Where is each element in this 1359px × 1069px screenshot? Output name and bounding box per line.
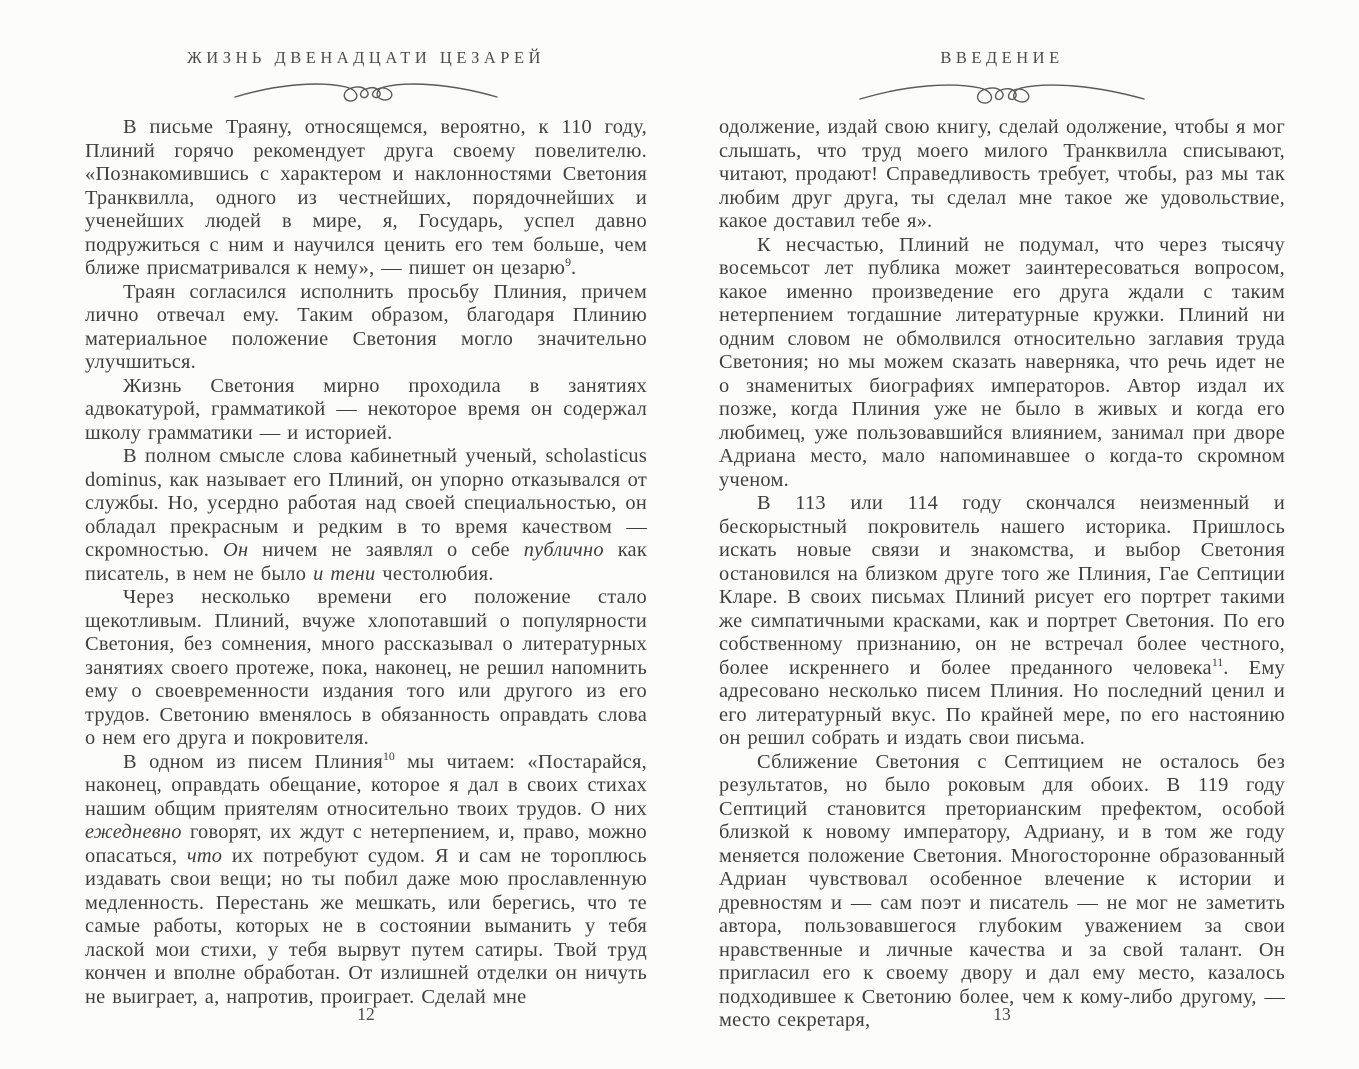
paragraph: К несчастью, Плиний не подумал, что чере… [719, 234, 1285, 493]
page-body: одолжение, издай свою книгу, сделай одол… [719, 116, 1285, 1033]
page-body: В письме Траяну, относящемся, вероятно, … [85, 116, 647, 1009]
flourish-ornament-icon [232, 74, 500, 111]
paragraph: Жизнь Светония мирно проходила в занятия… [85, 375, 647, 446]
running-header-left: ЖИЗНЬ ДВЕНАДЦАТИ ЦЕЗАРЕЙ [85, 48, 647, 68]
right-page: ВВЕДЕНИЕ одолжение, издай свою книгу, сд… [719, 0, 1285, 1069]
paragraph: В полном смысле слова кабинетный ученый,… [85, 445, 647, 586]
paragraph: В одном из писем Плиния10 мы читаем: «По… [85, 751, 647, 1010]
left-page: ЖИЗНЬ ДВЕНАДЦАТИ ЦЕЗАРЕЙ В письме Траяну… [85, 0, 647, 1069]
page-number-right: 13 [719, 1004, 1285, 1025]
paragraph: Траян согласился исполнить просьбу Плини… [85, 281, 647, 375]
paragraph: Сближение Светония с Септицием не остало… [719, 751, 1285, 1033]
page-number-left: 12 [85, 1004, 647, 1025]
paragraph: В 113 или 114 году скончался неизменный … [719, 492, 1285, 751]
paragraph: Через несколько времени его положение ст… [85, 586, 647, 751]
flourish-ornament-icon [857, 74, 1147, 113]
paragraph: одолжение, издай свою книгу, сделай одол… [719, 116, 1285, 234]
paragraph: В письме Траяну, относящемся, вероятно, … [85, 116, 647, 281]
book-spread: ЖИЗНЬ ДВЕНАДЦАТИ ЦЕЗАРЕЙ В письме Траяну… [0, 0, 1359, 1069]
running-header-right: ВВЕДЕНИЕ [719, 48, 1285, 68]
